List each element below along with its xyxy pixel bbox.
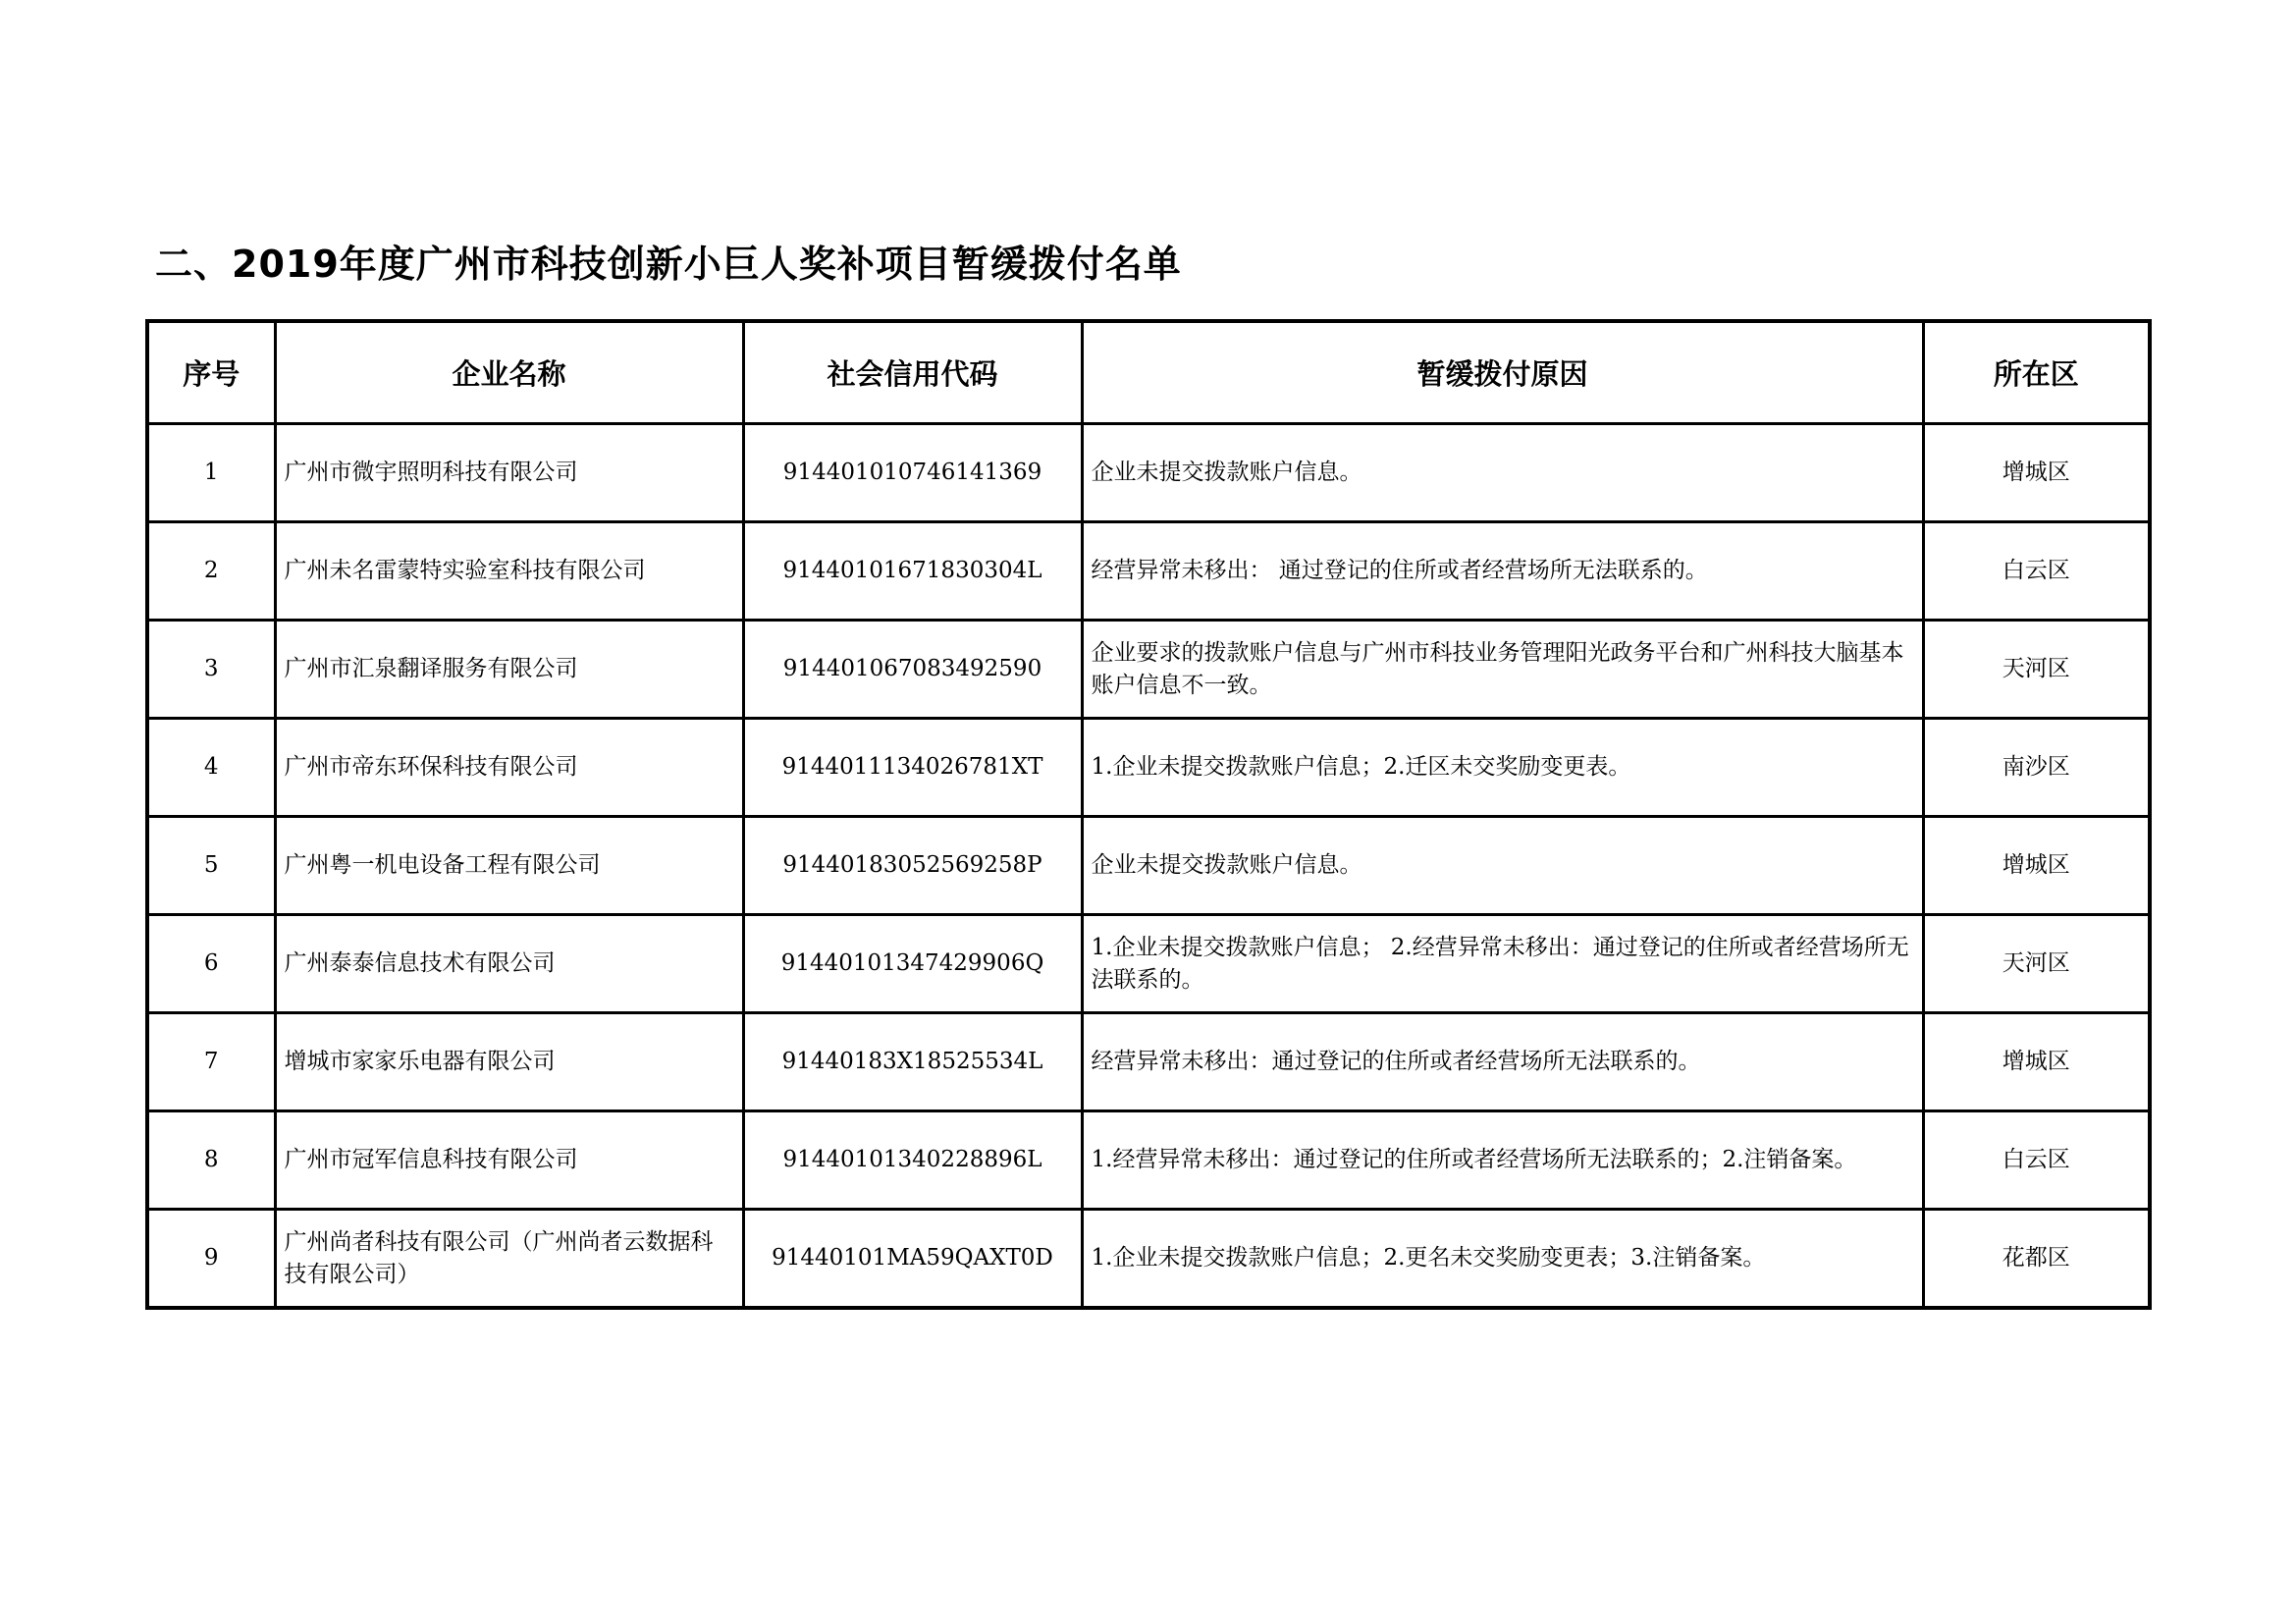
company-name: 广州市汇泉翻译服务有限公司	[275, 621, 743, 719]
company-name: 广州泰泰信息技术有限公司	[275, 915, 743, 1013]
header-company-name: 企业名称	[275, 321, 743, 424]
serial-number: 1	[147, 424, 275, 522]
company-name: 广州未名雷蒙特实验室科技有限公司	[275, 522, 743, 621]
company-name: 广州市冠军信息科技有限公司	[275, 1111, 743, 1210]
district: 天河区	[1923, 621, 2150, 719]
table-row: 7 增城市家家乐电器有限公司 91440183X18525534L 经营异常未移…	[147, 1013, 2150, 1111]
suspension-reason: 企业未提交拨款账户信息。	[1082, 817, 1923, 915]
suspension-reason: 1.经营异常未移出：通过登记的住所或者经营场所无法联系的；2.注销备案。	[1082, 1111, 1923, 1210]
credit-code: 91440183052569258P	[743, 817, 1082, 915]
credit-code: 914401010746141369	[743, 424, 1082, 522]
table-row: 4 广州市帝东环保科技有限公司 9144011134026781XT 1.企业未…	[147, 719, 2150, 817]
company-name: 广州市微宇照明科技有限公司	[275, 424, 743, 522]
table-row: 8 广州市冠军信息科技有限公司 91440101340228896L 1.经营异…	[147, 1111, 2150, 1210]
table-header-row: 序号 企业名称 社会信用代码 暂缓拨付原因 所在区	[147, 321, 2150, 424]
credit-code: 91440101340228896L	[743, 1111, 1082, 1210]
serial-number: 5	[147, 817, 275, 915]
table-row: 2 广州未名雷蒙特实验室科技有限公司 91440101671830304L 经营…	[147, 522, 2150, 621]
serial-number: 4	[147, 719, 275, 817]
suspension-reason: 经营异常未移出：通过登记的住所或者经营场所无法联系的。	[1082, 1013, 1923, 1111]
serial-number: 6	[147, 915, 275, 1013]
suspension-reason: 1.企业未提交拨款账户信息；2.更名未交奖励变更表；3.注销备案。	[1082, 1210, 1923, 1309]
credit-code: 9144011134026781XT	[743, 719, 1082, 817]
serial-number: 2	[147, 522, 275, 621]
credit-code: 914401067083492590	[743, 621, 1082, 719]
credit-code: 91440101MA59QAXT0D	[743, 1210, 1082, 1309]
serial-number: 8	[147, 1111, 275, 1210]
district: 白云区	[1923, 1111, 2150, 1210]
district: 增城区	[1923, 424, 2150, 522]
table-row: 6 广州泰泰信息技术有限公司 91440101347429906Q 1.企业未提…	[147, 915, 2150, 1013]
suspension-reason: 1.企业未提交拨款账户信息；2.迁区未交奖励变更表。	[1082, 719, 1923, 817]
district: 增城区	[1923, 817, 2150, 915]
header-suspension-reason: 暂缓拨付原因	[1082, 321, 1923, 424]
table-row: 3 广州市汇泉翻译服务有限公司 914401067083492590 企业要求的…	[147, 621, 2150, 719]
company-name: 广州尚者科技有限公司（广州尚者云数据科技有限公司）	[275, 1210, 743, 1309]
serial-number: 7	[147, 1013, 275, 1111]
district: 南沙区	[1923, 719, 2150, 817]
header-credit-code: 社会信用代码	[743, 321, 1082, 424]
credit-code: 91440101347429906Q	[743, 915, 1082, 1013]
credit-code: 91440101671830304L	[743, 522, 1082, 621]
suspension-reason: 1.企业未提交拨款账户信息； 2.经营异常未移出：通过登记的住所或者经营场所无法…	[1082, 915, 1923, 1013]
document-title: 二、2019年度广州市科技创新小巨人奖补项目暂缓拨付名单	[155, 234, 1182, 288]
table-row: 9 广州尚者科技有限公司（广州尚者云数据科技有限公司） 91440101MA59…	[147, 1210, 2150, 1309]
suspension-reason: 经营异常未移出： 通过登记的住所或者经营场所无法联系的。	[1082, 522, 1923, 621]
district: 天河区	[1923, 915, 2150, 1013]
serial-number: 9	[147, 1210, 275, 1309]
serial-number: 3	[147, 621, 275, 719]
district: 白云区	[1923, 522, 2150, 621]
company-name: 增城市家家乐电器有限公司	[275, 1013, 743, 1111]
credit-code: 91440183X18525534L	[743, 1013, 1082, 1111]
suspended-payment-table: 序号 企业名称 社会信用代码 暂缓拨付原因 所在区 1 广州市微宇照明科技有限公…	[145, 319, 2152, 1310]
header-serial-number: 序号	[147, 321, 275, 424]
suspension-reason: 企业要求的拨款账户信息与广州市科技业务管理阳光政务平台和广州科技大脑基本账户信息…	[1082, 621, 1923, 719]
table-row: 1 广州市微宇照明科技有限公司 914401010746141369 企业未提交…	[147, 424, 2150, 522]
suspension-reason: 企业未提交拨款账户信息。	[1082, 424, 1923, 522]
company-name: 广州粤一机电设备工程有限公司	[275, 817, 743, 915]
district: 增城区	[1923, 1013, 2150, 1111]
table-row: 5 广州粤一机电设备工程有限公司 91440183052569258P 企业未提…	[147, 817, 2150, 915]
header-district: 所在区	[1923, 321, 2150, 424]
district: 花都区	[1923, 1210, 2150, 1309]
company-name: 广州市帝东环保科技有限公司	[275, 719, 743, 817]
